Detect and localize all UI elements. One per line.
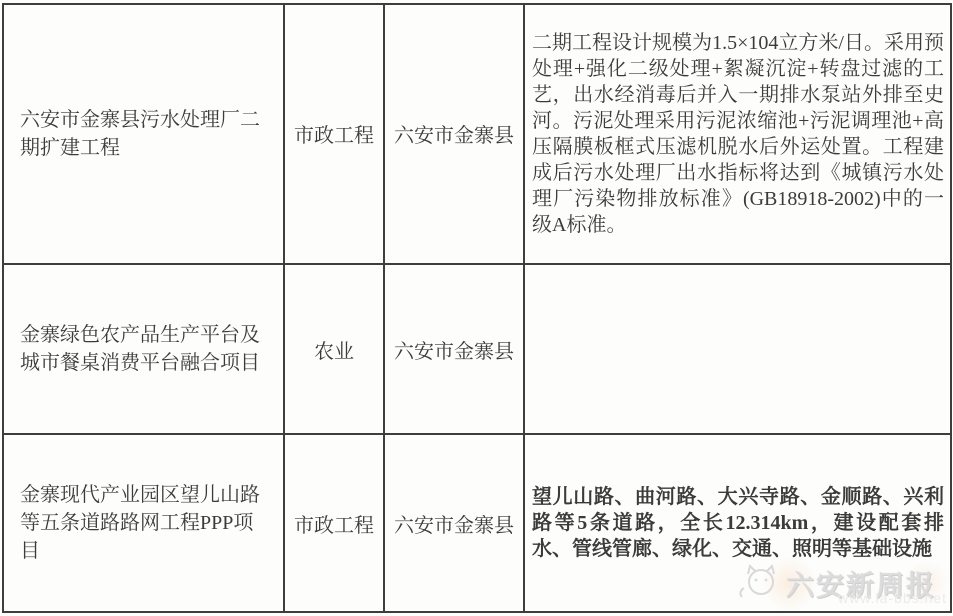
description-cell: 望儿山路、曲河路、大兴寺路、金顺路、兴利路等5条道路，全长12.314km，建设… (524, 434, 951, 612)
category-cell: 市政工程 (284, 434, 384, 612)
location-cell: 六安市金寨县 (384, 4, 524, 264)
table-row: 金寨绿色农产品生产平台及城市餐桌消费平台融合项目 农业 六安市金寨县 (3, 264, 951, 435)
description-cell: 二期工程设计规模为1.5×104立方米/日。采用预处理+强化二级处理+絮凝沉淀+… (524, 4, 951, 264)
scanned-table-page: 六安市金寨县污水处理厂二期扩建工程 市政工程 六安市金寨县 二期工程设计规模为1… (0, 0, 953, 616)
project-name-cell: 六安市金寨县污水处理厂二期扩建工程 (3, 4, 284, 264)
category-cell: 市政工程 (284, 4, 384, 264)
table-row: 六安市金寨县污水处理厂二期扩建工程 市政工程 六安市金寨县 二期工程设计规模为1… (3, 4, 951, 264)
location-cell: 六安市金寨县 (384, 264, 524, 435)
project-name-cell: 金寨绿色农产品生产平台及城市餐桌消费平台融合项目 (3, 264, 284, 435)
category-cell: 农业 (284, 264, 384, 435)
description-cell (524, 264, 951, 435)
table-row: 金寨现代产业园区望儿山路等五条道路路网工程PPP项目 市政工程 六安市金寨县 望… (3, 434, 951, 612)
location-cell: 六安市金寨县 (384, 434, 524, 612)
project-name-cell: 金寨现代产业园区望儿山路等五条道路路网工程PPP项目 (3, 434, 284, 612)
projects-table: 六安市金寨县污水处理厂二期扩建工程 市政工程 六安市金寨县 二期工程设计规模为1… (2, 3, 952, 613)
